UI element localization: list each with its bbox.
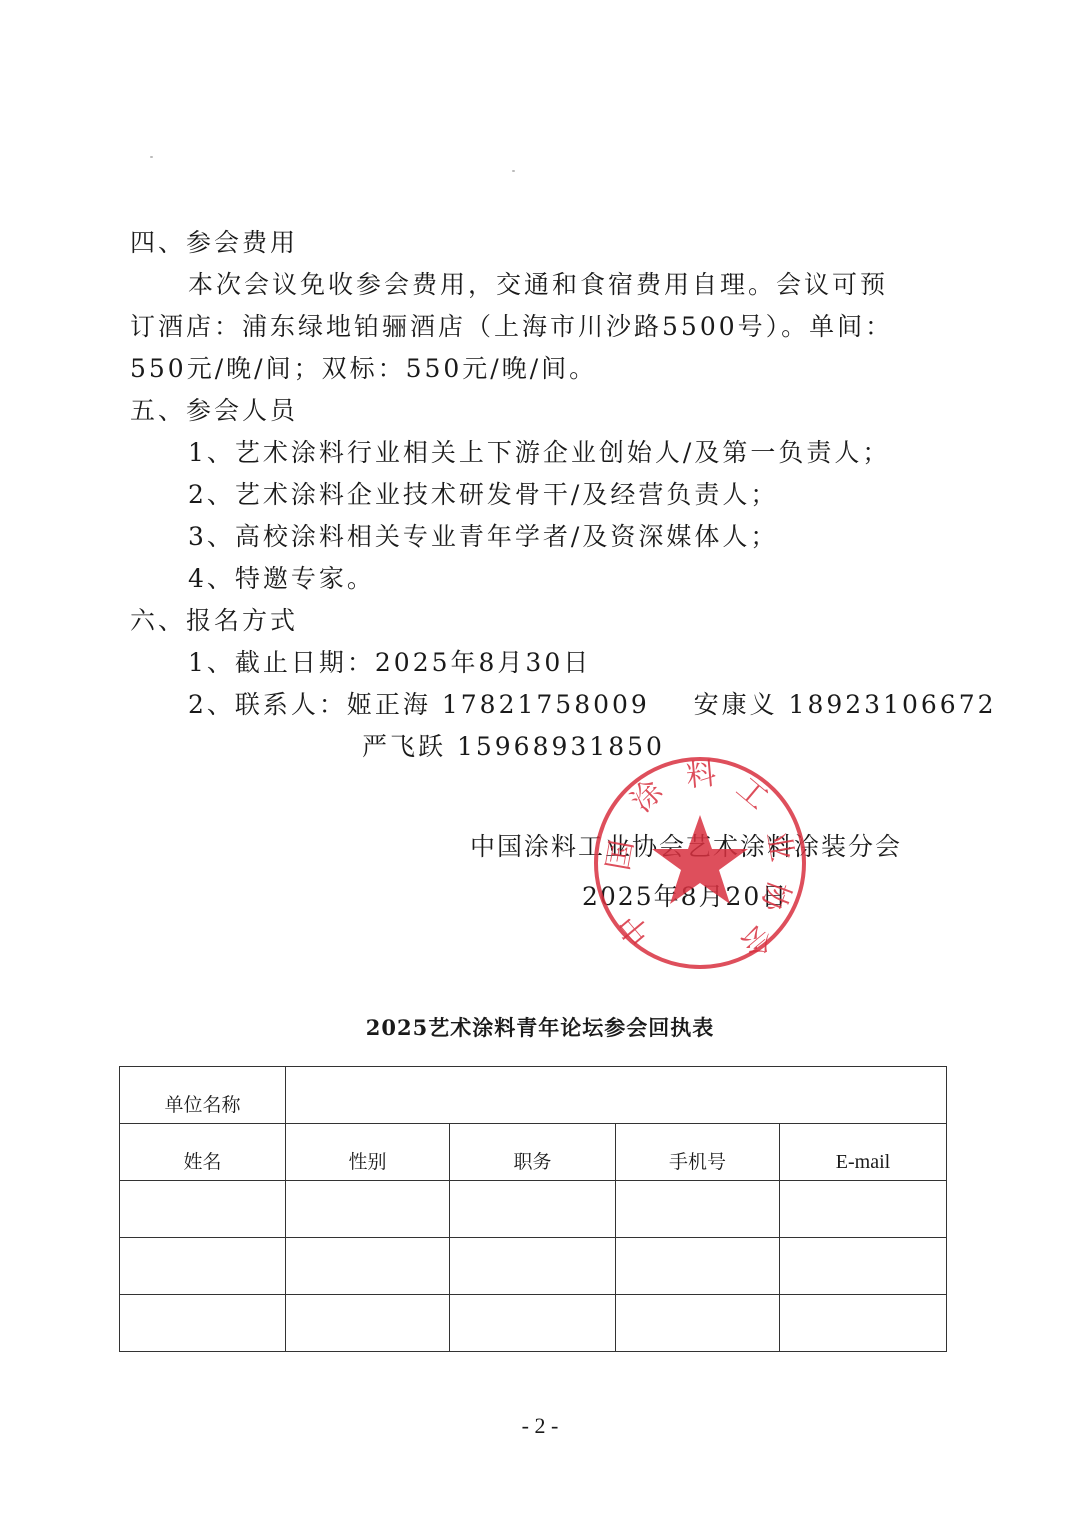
signature-date: 2025年8月20日 <box>582 882 788 912</box>
phone-cell[interactable] <box>616 1181 780 1238</box>
table-row <box>120 1238 947 1295</box>
seal-char: 涂 <box>624 773 670 819</box>
position-cell[interactable] <box>450 1181 616 1238</box>
column-header-gender: 性别 <box>286 1124 450 1181</box>
form-title: 2025艺术涂料青年论坛参会回执表 <box>0 1012 1080 1042</box>
name-cell[interactable] <box>120 1238 286 1295</box>
email-cell[interactable] <box>780 1181 947 1238</box>
registration-contacts: 2、联系人：姬正海 17821758009 安康义 18923106672 <box>188 690 997 720</box>
column-header-phone: 手机号 <box>616 1124 780 1181</box>
org-name-field[interactable] <box>286 1067 947 1124</box>
section-heading-registration: 六、报名方式 <box>130 606 298 636</box>
seal-char: 工 <box>729 771 774 817</box>
email-cell[interactable] <box>780 1238 947 1295</box>
org-name-label: 单位名称 <box>120 1067 286 1124</box>
form-org-row: 单位名称 <box>120 1067 947 1124</box>
fees-paragraph-line-3: 550元/晚/间；双标：550元/晚/间。 <box>130 354 597 384</box>
name-cell[interactable] <box>120 1181 286 1238</box>
form-header-row: 姓名 性别 职务 手机号 E-mail <box>120 1124 947 1181</box>
seal-char: 中 <box>612 906 658 951</box>
phone-cell[interactable] <box>616 1295 780 1352</box>
signature-organization: 中国涂料工业协会艺术涂料涂装分会 <box>470 832 902 862</box>
attendee-item-1: 1、艺术涂料行业相关上下游企业创始人/及第一负责人； <box>188 438 890 468</box>
page-number: - 2 - <box>0 1413 1080 1439</box>
name-cell[interactable] <box>120 1295 286 1352</box>
attendee-item-3: 3、高校涂料相关专业青年学者/及资深媒体人； <box>188 522 778 552</box>
section-heading-attendees: 五、参会人员 <box>130 396 298 426</box>
registration-deadline: 1、截止日期：2025年8月30日 <box>188 648 591 678</box>
gender-cell[interactable] <box>286 1238 450 1295</box>
table-row <box>120 1295 947 1352</box>
column-header-email: E-mail <box>780 1124 947 1181</box>
registration-form-table: 单位名称 姓名 性别 职务 手机号 E-mail <box>119 1066 947 1352</box>
table-row <box>120 1181 947 1238</box>
seal-char: 料 <box>685 757 718 794</box>
gender-cell[interactable] <box>286 1295 450 1352</box>
position-cell[interactable] <box>450 1295 616 1352</box>
official-seal-stamp: 中 国 涂 料 工 业 协 会 <box>590 753 810 973</box>
attendee-item-4: 4、特邀专家。 <box>188 564 375 594</box>
phone-cell[interactable] <box>616 1238 780 1295</box>
registration-contact-continuation: 严飞跃 15968931850 <box>362 732 665 762</box>
column-header-position: 职务 <box>450 1124 616 1181</box>
position-cell[interactable] <box>450 1238 616 1295</box>
seal-ring <box>596 759 804 967</box>
scan-speck <box>512 170 515 172</box>
section-heading-fees: 四、参会费用 <box>130 228 298 258</box>
seal-char: 会 <box>733 917 778 963</box>
scan-speck <box>150 156 153 158</box>
gender-cell[interactable] <box>286 1181 450 1238</box>
attendee-item-2: 2、艺术涂料企业技术研发骨干/及经营负责人； <box>188 480 778 510</box>
fees-paragraph-line-2: 订酒店：浦东绿地铂骊酒店（上海市川沙路5500号）。单间： <box>130 312 893 342</box>
fees-paragraph-line-1: 本次会议免收参会费用，交通和食宿费用自理。会议可预 <box>188 270 888 300</box>
email-cell[interactable] <box>780 1295 947 1352</box>
column-header-name: 姓名 <box>120 1124 286 1181</box>
